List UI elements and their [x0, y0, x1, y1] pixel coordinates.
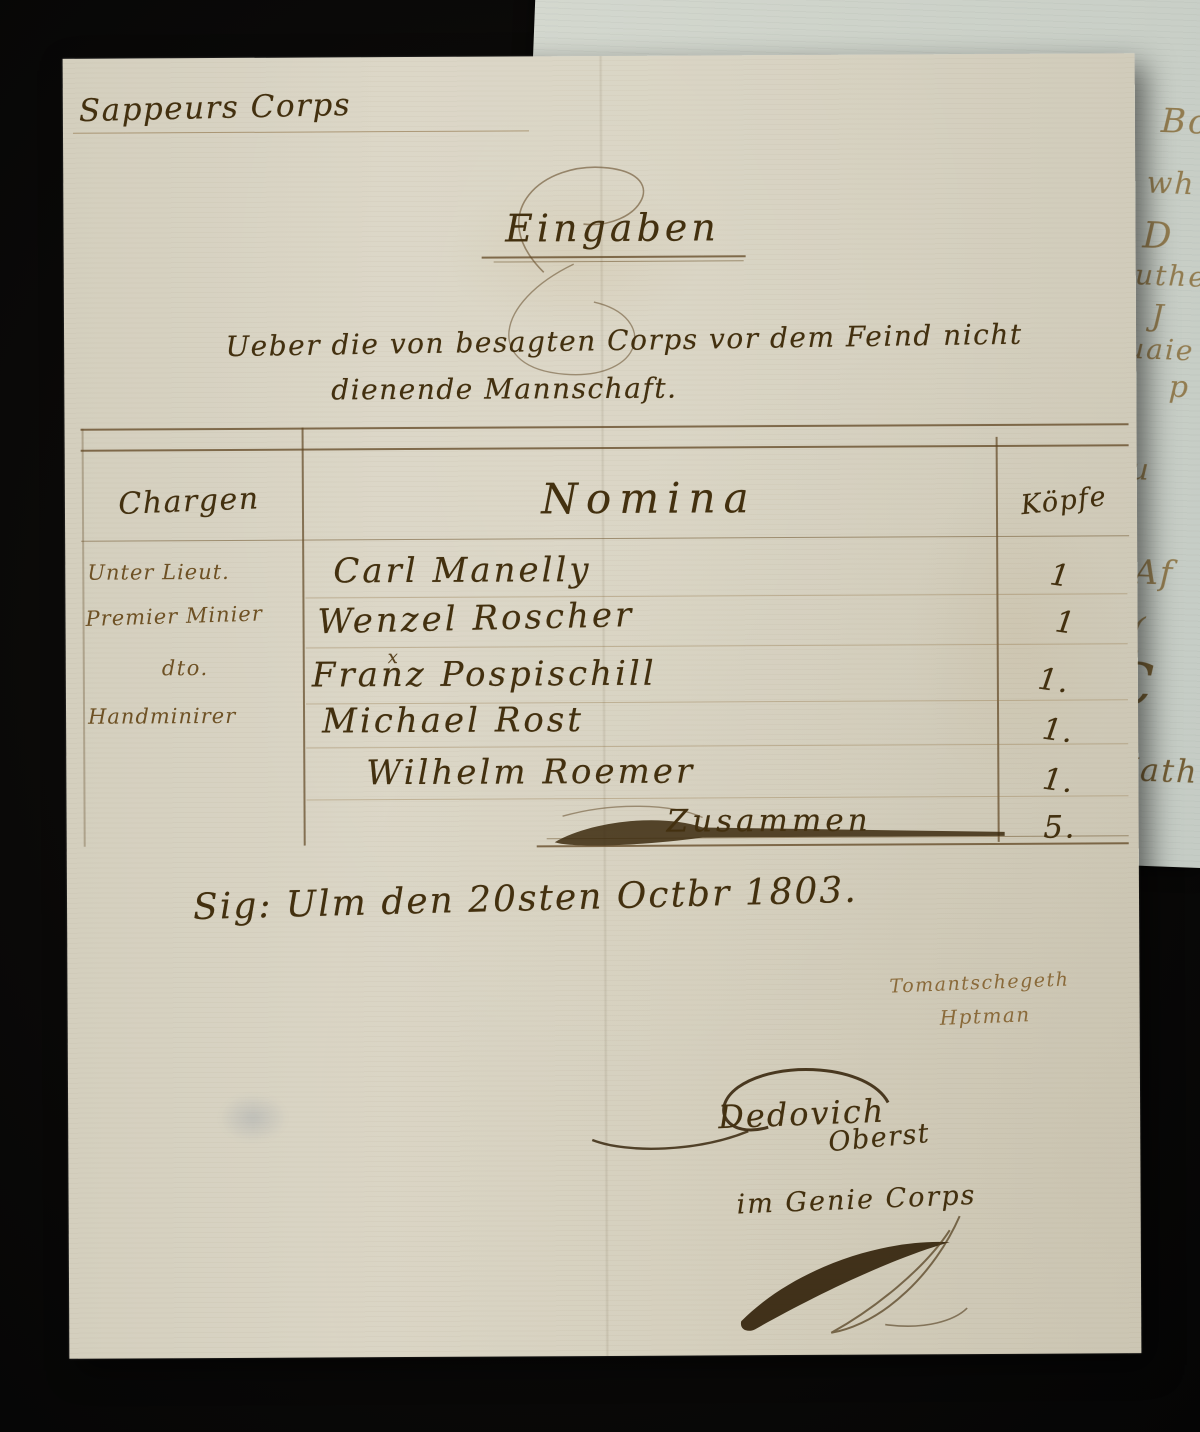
- header-underline: [73, 130, 529, 133]
- row-guide: [306, 643, 1128, 648]
- ink-blot: [218, 1093, 288, 1143]
- table-row-name: Wilhelm Roemer: [366, 752, 695, 794]
- table-row-count: 1.: [997, 756, 1121, 807]
- page2-fragment: Bo: [1160, 101, 1200, 143]
- page2-fragment: J: [1151, 299, 1166, 335]
- dateline: Sig: Ulm den 20sten Octbr 1803.: [193, 870, 859, 928]
- column-header-chargen: Chargen: [82, 480, 295, 523]
- corps-header: Sappeurs Corps: [78, 87, 351, 129]
- table-row-count: 1: [1004, 598, 1128, 649]
- total-label: Zusammen: [667, 803, 872, 840]
- table-row-name: Carl Manelly: [333, 550, 591, 591]
- page2-fragment: p: [1168, 369, 1191, 405]
- table-row-charge: Premier Minier: [85, 601, 263, 631]
- table-row-charge: dto.: [162, 656, 209, 680]
- table-row-count: 1.: [996, 706, 1120, 757]
- intro-line-2: dienende Mannschaft.: [124, 371, 884, 408]
- row-guide: [306, 743, 1128, 748]
- page2-fragment: uthe: [1134, 258, 1200, 294]
- table-row-name: Wenzel Roscher: [317, 595, 635, 642]
- column-header-nomina: Nomina: [305, 472, 993, 525]
- photo-background: Bo wh D uthe J uaie p u Af ( C Nath Sapp…: [0, 0, 1200, 1432]
- document-title: Eingaben: [467, 205, 757, 251]
- total-value: 5.: [1005, 809, 1115, 846]
- table-row-name: Franz Pospischill: [312, 654, 657, 696]
- table-row-charge: Handminirer: [88, 704, 236, 729]
- annotation-line-1: Tomantschegeth: [889, 968, 1070, 997]
- table-row-name: Michael Rost: [322, 700, 584, 741]
- page2-fragment: wh: [1146, 165, 1196, 202]
- signature-paraph: [735, 1212, 1016, 1343]
- document-page: Sappeurs Corps Eingaben Ueber die von be…: [63, 53, 1142, 1359]
- page2-fragment: D: [1142, 215, 1174, 257]
- column-header-koepfe: Köpfe: [999, 479, 1130, 524]
- table-row-charge: Unter Lieut.: [87, 560, 230, 585]
- page2-fragment: Af: [1133, 552, 1175, 594]
- annotation-line-2: Hptman: [939, 1002, 1031, 1030]
- row-guide: [305, 593, 1127, 598]
